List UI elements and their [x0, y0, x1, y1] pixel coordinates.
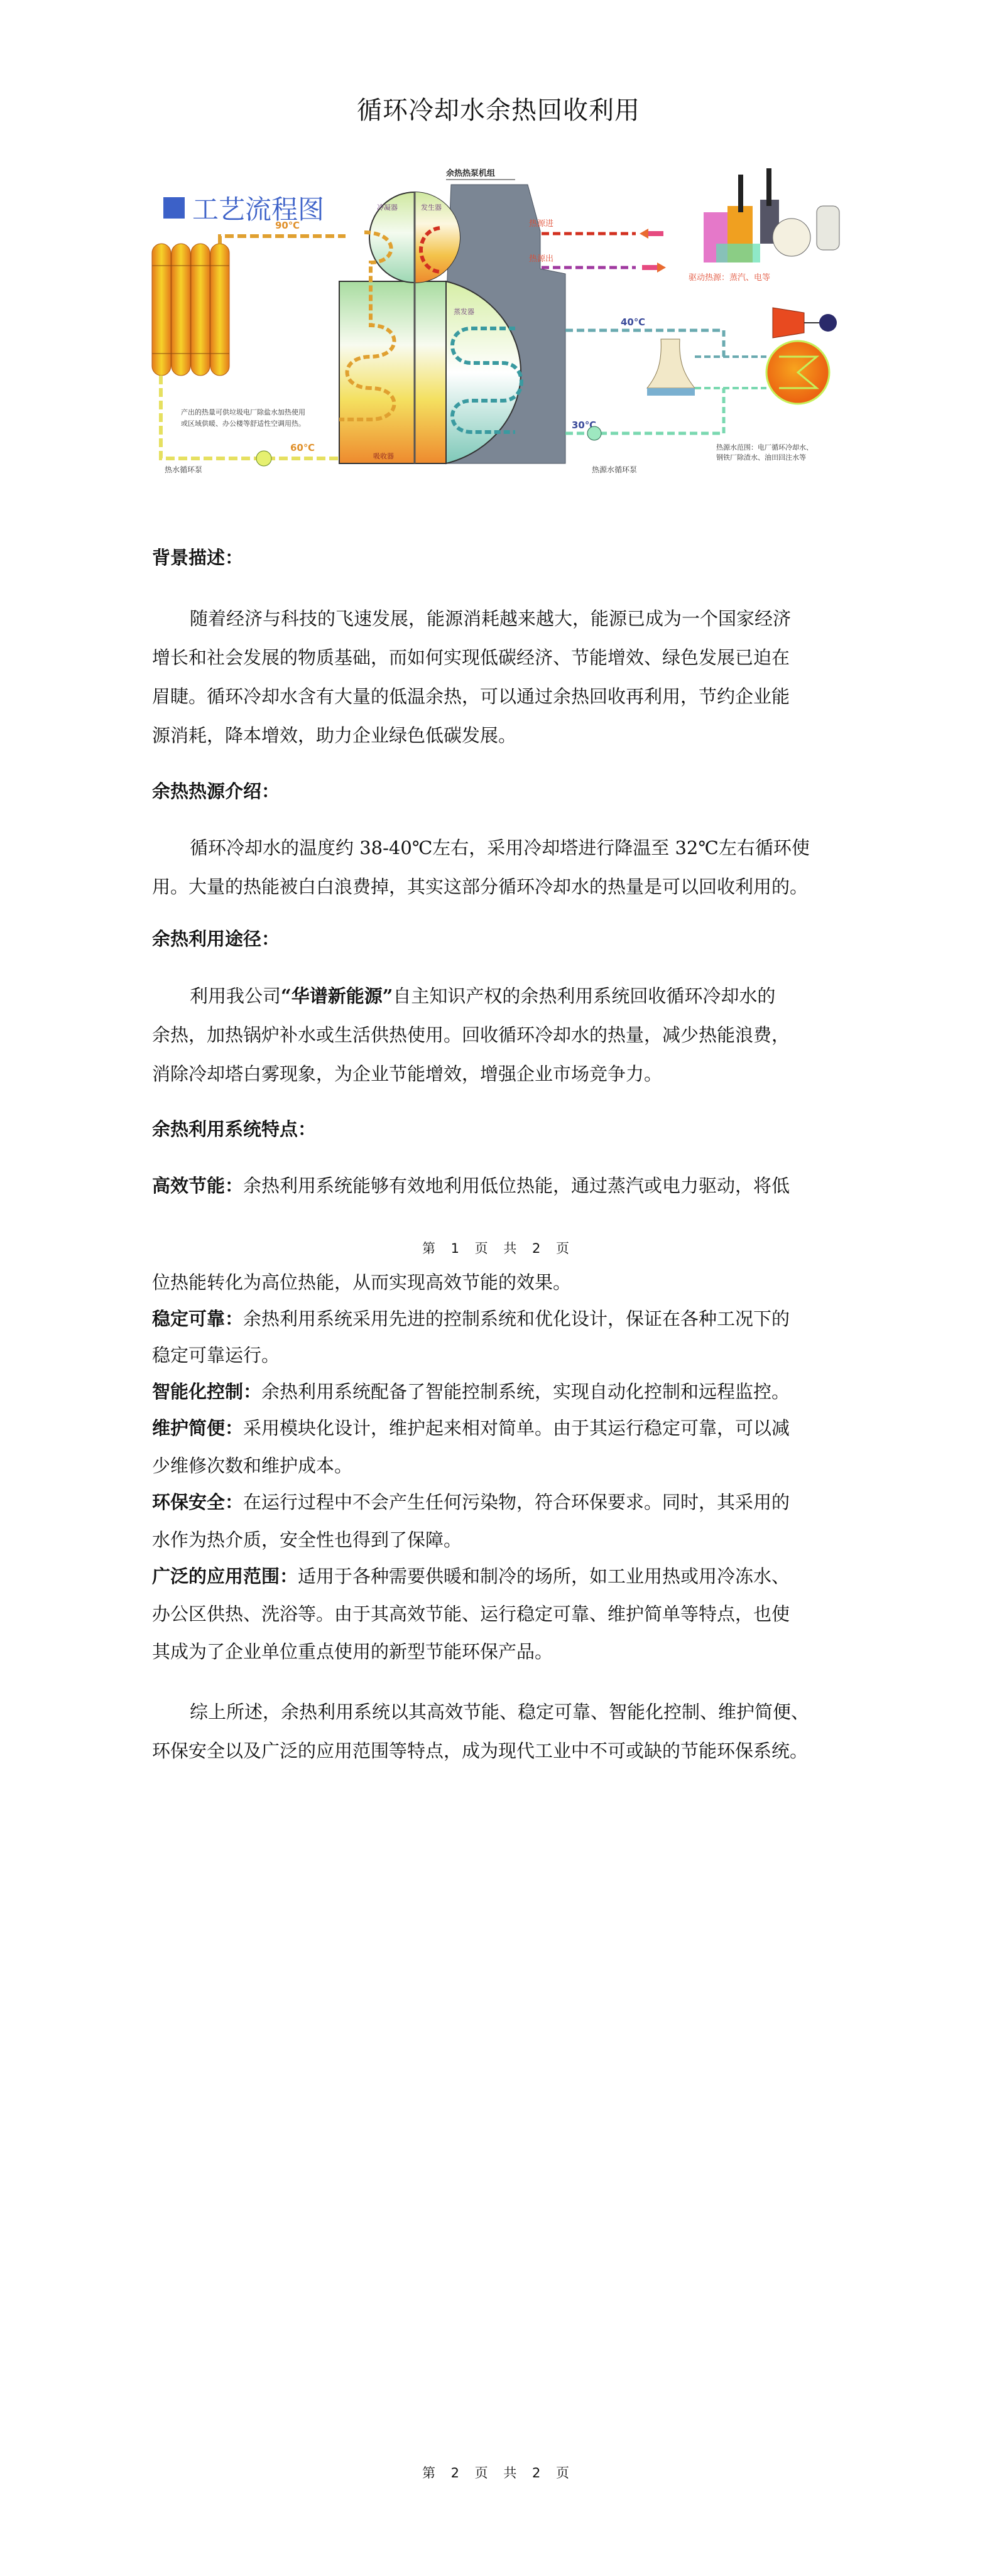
usage-paragraph-line: 余热，加热锅炉补水或生活供热使用。回收循环冷却水的热量，减少热能浪费，	[152, 1022, 790, 1047]
svg-text:吸收器: 吸收器	[373, 452, 394, 460]
svg-text:热源水循环泵: 热源水循环泵	[592, 465, 637, 474]
svg-text:冷凝器: 冷凝器	[377, 203, 398, 212]
page-footer-1: 第 1 页 共 2 页	[0, 1238, 997, 1257]
feature-text: 余热利用系统配备了智能控制系统，实现自动化控制和远程监控。	[261, 1381, 790, 1402]
svg-text:驱动热源：蒸汽、电等: 驱动热源：蒸汽、电等	[689, 273, 770, 283]
process-flow-diagram: 工艺流程图 90℃ 60℃ 热水循环泵 产出的热量可供垃圾电厂除盐水加热使用 或…	[151, 168, 849, 476]
company-name: “华谱新能源”	[281, 985, 393, 1007]
heat-source-paragraph-line: 循环冷却水的温度约 38-40℃左右，采用冷却塔进行降温至 32℃左右循环使	[190, 835, 810, 860]
heat-source-paragraph-line: 用。大量的热能被白白浪费掉，其实这部分循环冷却水的热量是可以回收利用的。	[152, 874, 808, 899]
feature-label: 广泛的应用范围：	[152, 1566, 298, 1587]
svg-text:热源进: 热源进	[529, 219, 553, 229]
svg-text:钢铁厂除渣水、油田回注水等: 钢铁厂除渣水、油田回注水等	[716, 453, 806, 462]
background-paragraph-line: 随着经济与科技的飞速发展，能源消耗越来越大，能源已成为一个国家经济	[190, 606, 791, 631]
feature-wide-application-cont: 办公区供热、洗浴等。由于其高效节能、运行稳定可靠、维护简单等特点，也使	[152, 1601, 790, 1626]
feature-label: 稳定可靠：	[152, 1308, 243, 1329]
page-footer-2: 第 2 页 共 2 页	[0, 2463, 997, 2482]
svg-text:热水循环泵: 热水循环泵	[165, 465, 202, 474]
section-heading-heat-source: 余热热源介绍：	[152, 779, 280, 804]
feature-text: 余热利用系统采用先进的控制系统和优化设计，保证在各种工况下的	[243, 1308, 790, 1329]
svg-text:工艺流程图: 工艺流程图	[192, 194, 324, 225]
feature-label: 智能化控制：	[152, 1381, 261, 1402]
usage-paragraph-line: 消除冷却塔白雾现象，为企业节能增效，增强企业市场竞争力。	[152, 1061, 662, 1086]
feature-text: 余热利用系统能够有效地利用低位热能，通过蒸汽或电力驱动，将低	[243, 1175, 790, 1196]
usage-paragraph-line: 利用我公司“华谱新能源”自主知识产权的余热利用系统回收循环冷却水的	[190, 983, 775, 1009]
svg-text:蒸发器: 蒸发器	[454, 307, 474, 316]
feature-easy-maintenance-cont: 少维修次数和维护成本。	[152, 1453, 352, 1478]
background-paragraph-line: 增长和社会发展的物质基础，而如何实现低碳经济、节能增效、绿色发展已迫在	[152, 645, 790, 670]
section-heading-usage: 余热利用途径：	[152, 926, 280, 951]
feature-smart-control: 智能化控制：余热利用系统配备了智能控制系统，实现自动化控制和远程监控。	[152, 1379, 790, 1404]
svg-text:40℃: 40℃	[621, 317, 645, 328]
section-heading-features: 余热利用系统特点：	[152, 1117, 316, 1142]
svg-text:60℃: 60℃	[290, 442, 315, 453]
feature-easy-maintenance: 维护简便：采用模块化设计，维护起来相对简单。由于其运行稳定可靠，可以减	[152, 1415, 790, 1441]
feature-text: 适用于各种需要供暖和制冷的场所，如工业用热或用冷冻水、	[298, 1566, 790, 1587]
feature-label: 维护简便：	[152, 1417, 243, 1439]
summary-paragraph-line: 环保安全以及广泛的应用范围等特点，成为现代工业中不可或缺的节能环保系统。	[152, 1738, 808, 1763]
svg-text:热源出: 热源出	[529, 254, 553, 264]
feature-eco-safe-cont: 水作为热介质，安全性也得到了保障。	[152, 1527, 462, 1552]
svg-text:余热热泵机组: 余热热泵机组	[446, 168, 495, 178]
section-heading-background: 背景描述：	[152, 545, 243, 570]
feature-text: 在运行过程中不会产生任何污染物，符合环保要求。同时，其采用的	[243, 1491, 790, 1513]
feature-label: 高效节能：	[152, 1175, 243, 1196]
svg-text:90℃: 90℃	[275, 220, 300, 231]
svg-text:热源水范围：电厂循环冷却水、: 热源水范围：电厂循环冷却水、	[716, 443, 813, 452]
svg-text:或区域供暖、办公楼等舒适性空调用热。: 或区域供暖、办公楼等舒适性空调用热。	[181, 419, 305, 428]
svg-text:产出的热量可供垃圾电厂除盐水加热使用: 产出的热量可供垃圾电厂除盐水加热使用	[181, 408, 305, 416]
feature-wide-application: 广泛的应用范围：适用于各种需要供暖和制冷的场所，如工业用热或用冷冻水、	[152, 1564, 790, 1589]
svg-text:发生器: 发生器	[421, 203, 442, 212]
background-paragraph-line: 源消耗，降本增效，助力企业绿色低碳发展。	[152, 723, 516, 748]
feature-high-efficiency: 高效节能：余热利用系统能够有效地利用低位热能，通过蒸汽或电力驱动，将低	[152, 1173, 790, 1198]
page-title: 循环冷却水余热回收利用	[0, 93, 997, 128]
feature-eco-safe: 环保安全：在运行过程中不会产生任何污染物，符合环保要求。同时，其采用的	[152, 1490, 790, 1515]
feature-label: 环保安全：	[152, 1491, 243, 1513]
background-paragraph-line: 眉睫。循环冷却水含有大量的低温余热，可以通过余热回收再利用，节约企业能	[152, 684, 790, 709]
usage-text: 自主知识产权的余热利用系统回收循环冷却水的	[393, 985, 775, 1007]
feature-high-efficiency-cont: 位热能转化为高位热能，从而实现高效节能的效果。	[152, 1270, 571, 1295]
feature-stable-reliable: 稳定可靠：余热利用系统采用先进的控制系统和优化设计，保证在各种工况下的	[152, 1306, 790, 1331]
usage-text: 利用我公司	[190, 985, 281, 1007]
feature-text: 采用模块化设计，维护起来相对简单。由于其运行稳定可靠，可以减	[243, 1417, 790, 1439]
feature-stable-reliable-cont: 稳定可靠运行。	[152, 1343, 280, 1368]
summary-paragraph-line: 综上所述，余热利用系统以其高效节能、稳定可靠、智能化控制、维护简便、	[190, 1699, 809, 1724]
feature-wide-application-cont: 其成为了企业单位重点使用的新型节能环保产品。	[152, 1639, 553, 1664]
